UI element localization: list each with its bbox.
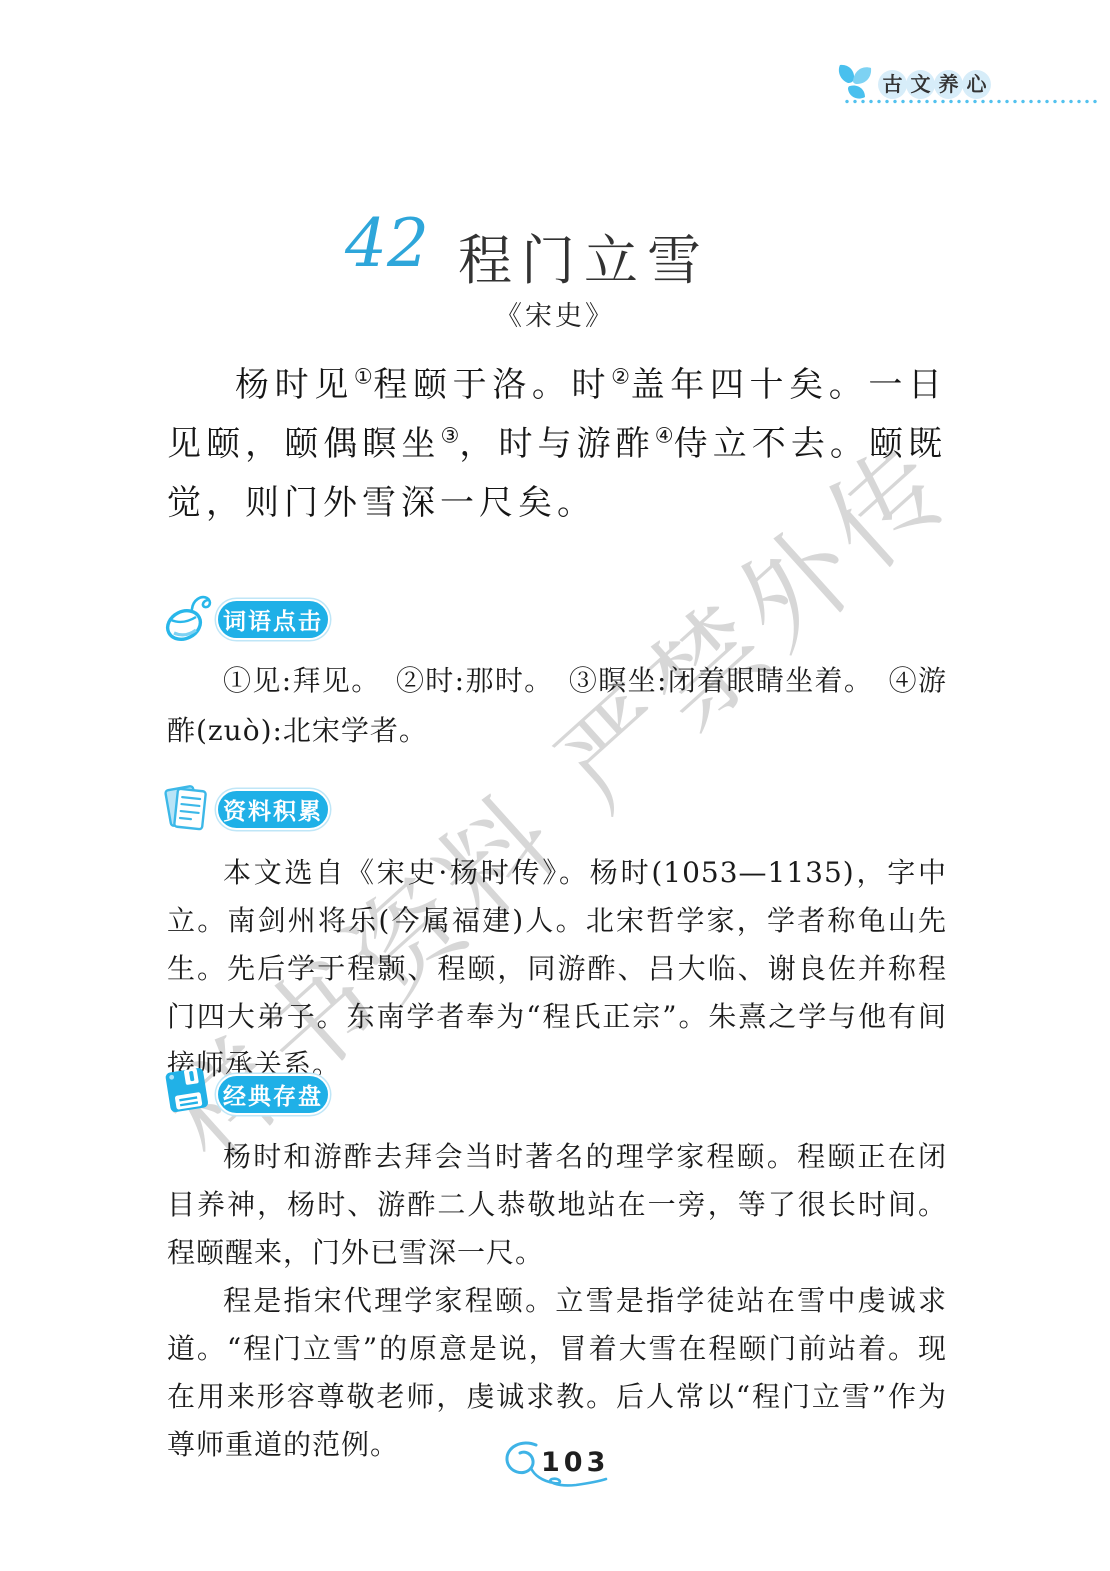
footnote-marker: ③ (440, 424, 459, 448)
annotation-text: ①见:拜见。 ②时:那时。 ③瞑坐:闭着眼睛坐着。 ④游酢(zuò):北宋学者。 (167, 656, 947, 756)
mouse-icon (164, 592, 218, 644)
section-badge-words: 词语点击 (216, 599, 330, 640)
lesson-source: 《宋史》 (0, 294, 1110, 333)
documents-icon (162, 780, 216, 838)
text-run: ，时与游酢 (459, 424, 654, 464)
lesson-title: 程门立雪 (458, 218, 710, 295)
classic-story-block: 杨时和游酢去拜会当时著名的理学家程颐。程颐正在闭目养神，杨时、游酢二人恭敬地站在… (167, 1133, 947, 1469)
section-badge-materials: 资料积累 (216, 789, 330, 830)
text-run: 程颐于洛。时 (373, 365, 611, 405)
words-annotations: ①见:拜见。 ②时:那时。 ③瞑坐:闭着眼睛坐着。 ④游酢(zuò):北宋学者。 (167, 656, 947, 756)
brand-char: 养 (934, 70, 963, 99)
footnote-marker: ② (611, 365, 630, 389)
textbook-page: 样书资料 严禁外传 古 文 养 心 42 程门立雪 《宋史》 杨时见①程颐于洛。… (0, 0, 1110, 1571)
materials-block: 本文选自《宋史·杨时传》。杨时(1053—1135)，字中立。南剑州将乐(今属福… (167, 849, 947, 1089)
classical-text: 杨时见①程颐于洛。时②盖年四十矣。一日见颐，颐偶瞑坐③，时与游酢④侍立不去。颐既… (167, 356, 947, 533)
brand-title: 古 文 养 心 (878, 70, 990, 99)
leaf-logo-icon (836, 62, 874, 104)
footnote-marker: ④ (655, 424, 674, 448)
footnote-marker: ① (354, 365, 373, 389)
brand-char: 古 (878, 70, 907, 99)
page-number: 103 (541, 1447, 609, 1478)
text-run: 杨时见 (235, 365, 354, 405)
materials-text: 本文选自《宋史·杨时传》。杨时(1053—1135)，字中立。南剑州将乐(今属福… (167, 849, 947, 1089)
section-badge-classic: 经典存盘 (216, 1074, 330, 1115)
lesson-number: 42 (345, 205, 429, 282)
brand-char: 心 (962, 70, 991, 99)
story-paragraph: 杨时和游酢去拜会当时著名的理学家程颐。程颐正在闭目养神，杨时、游酢二人恭敬地站在… (167, 1133, 947, 1277)
brand-char: 文 (906, 70, 935, 99)
header-dotted-divider (843, 99, 1099, 104)
floppy-disk-icon (162, 1064, 216, 1120)
